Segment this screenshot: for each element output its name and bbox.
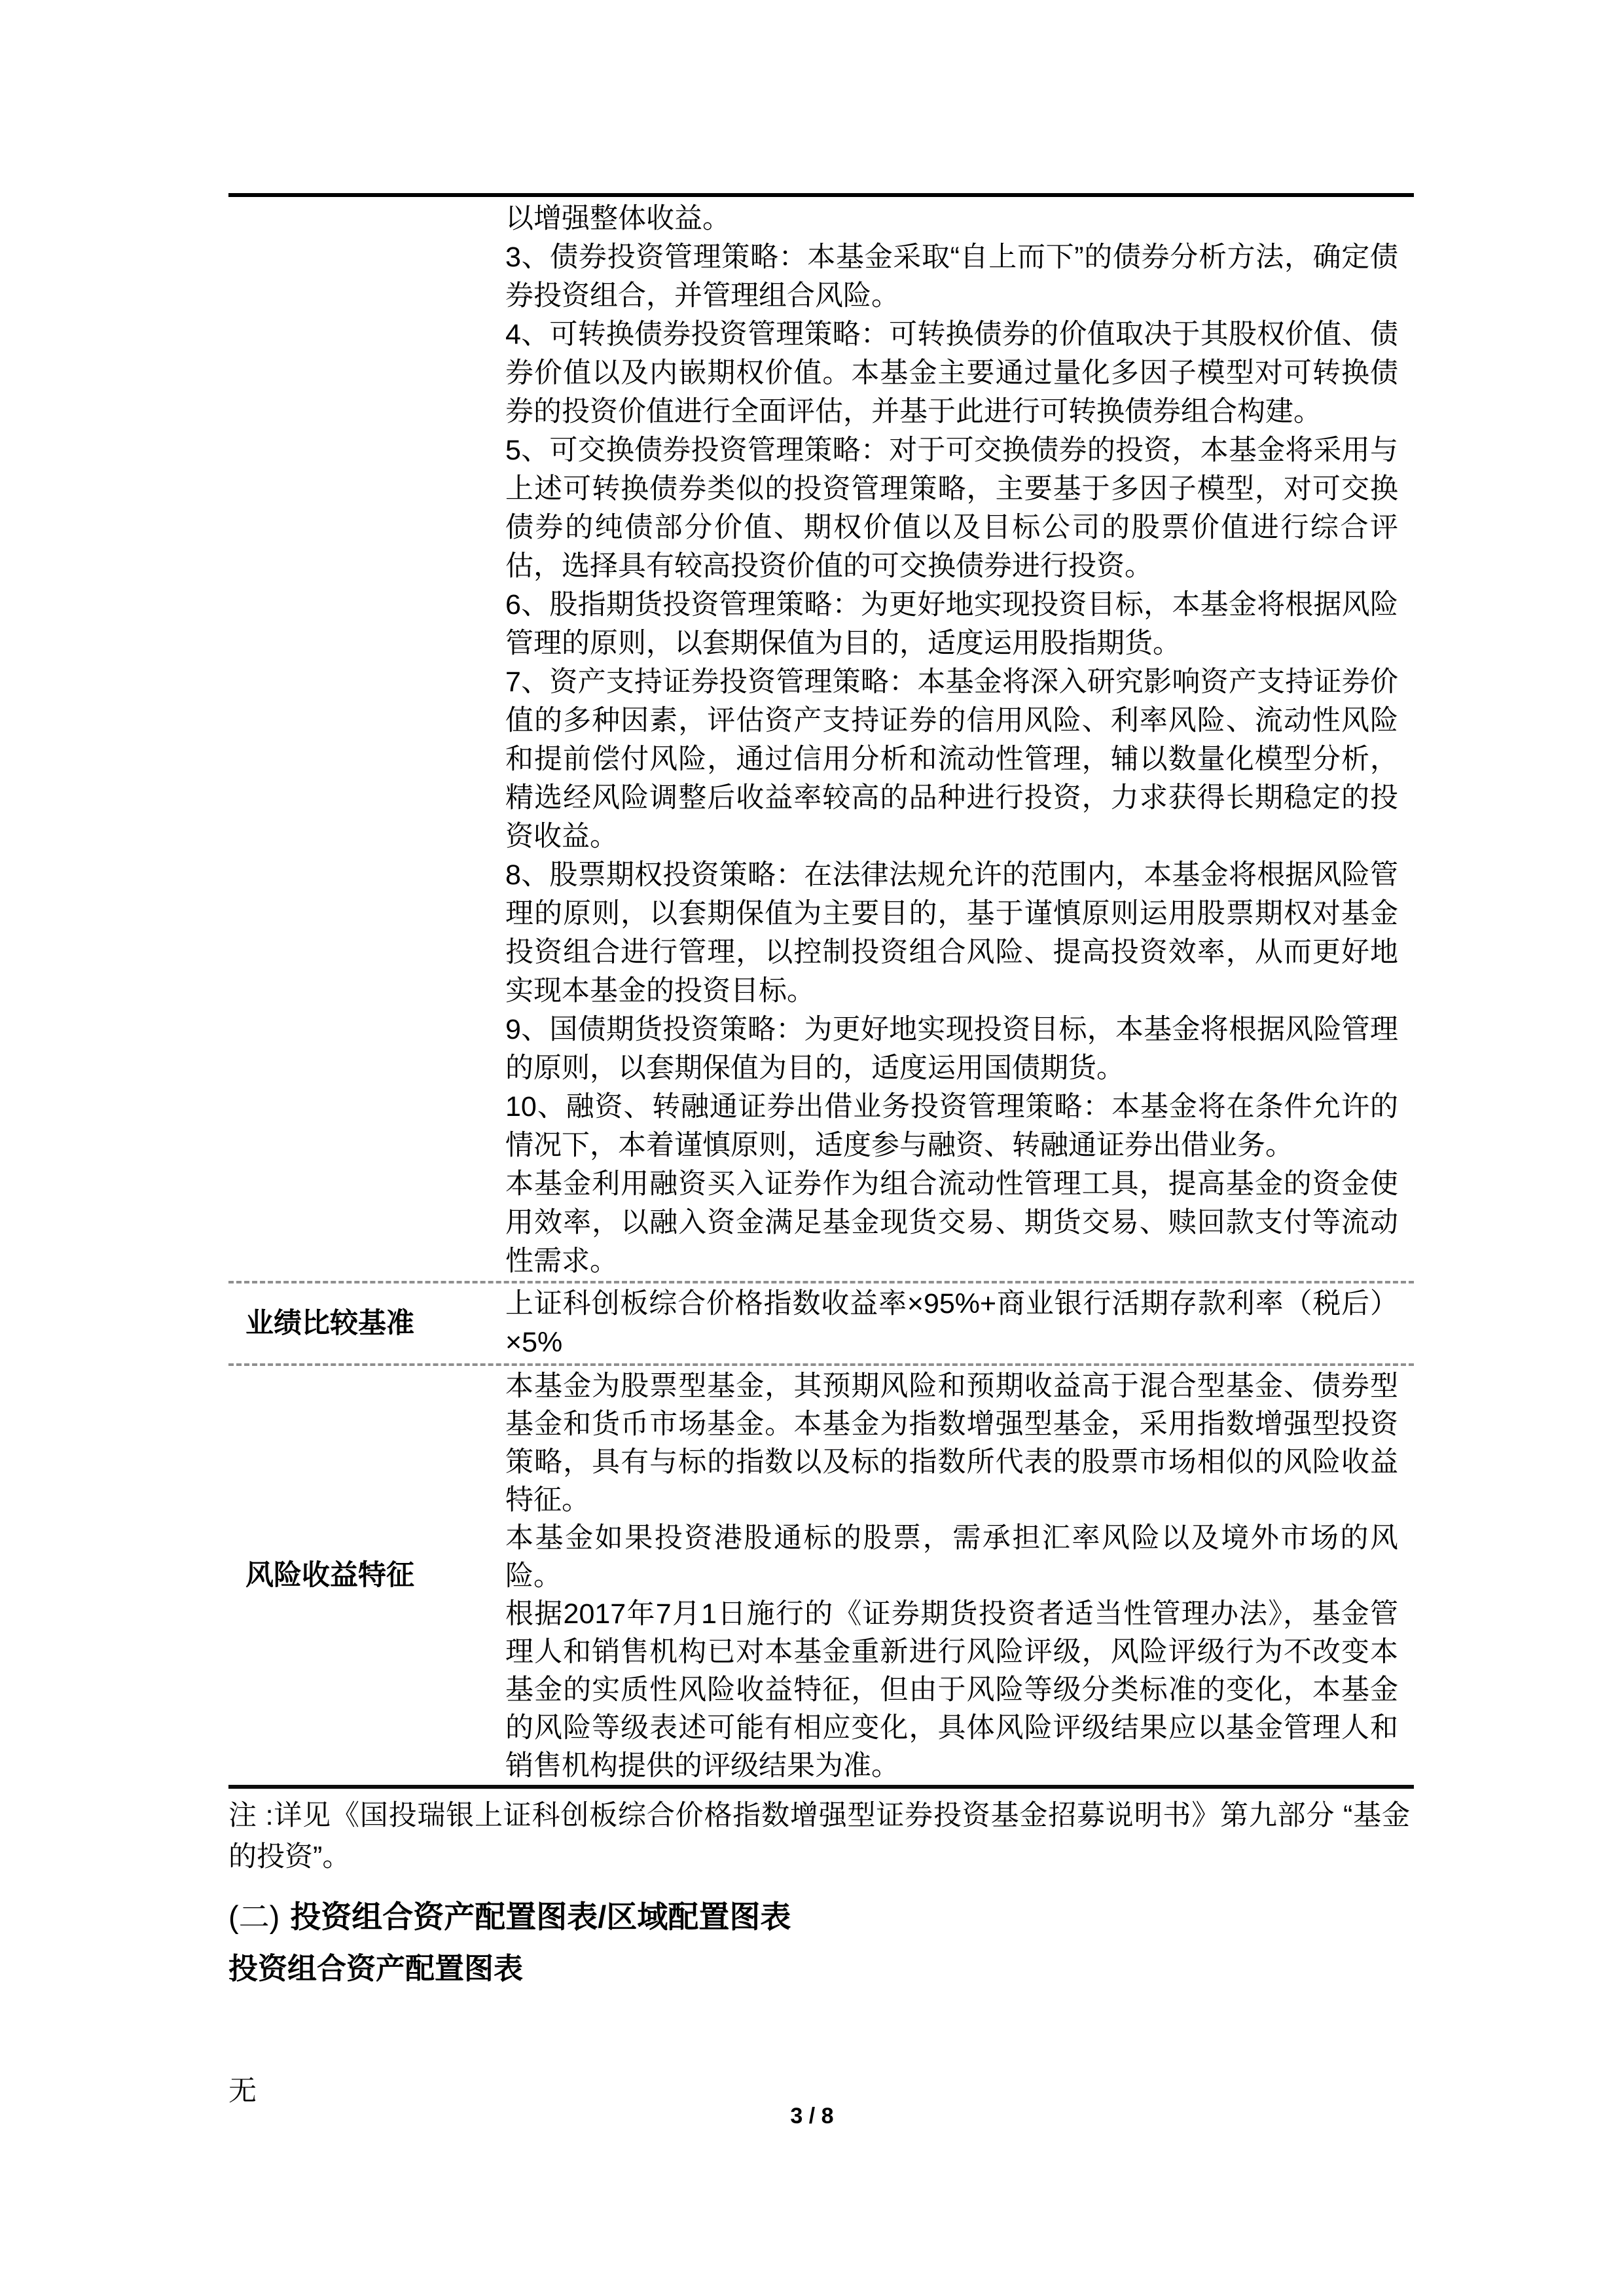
row-label-risk-return: 风险收益特征 — [228, 1366, 497, 1785]
table-row-risk-return: 风险收益特征 本基金为股票型基金，其预期风险和预期收益高于混合型基金、债券型基金… — [228, 1363, 1414, 1785]
paragraph: 8、股票期权投资策略：在法律法规允许的范围内，本基金将根据风险管理的原则，以套期… — [505, 856, 1398, 1011]
table-row-benchmark: 业绩比较基准 上证科创板综合价格指数收益率×95%+商业银行活期存款利率（税后）… — [228, 1281, 1414, 1363]
row-label-benchmark: 业绩比较基准 — [228, 1283, 497, 1363]
paragraph: 3、债券投资管理策略：本基金采取“自上而下”的债券分析方法，确定债券投资组合，并… — [505, 238, 1398, 315]
paragraph: 根据2017年7月1日施行的《证券期货投资者适当性管理办法》，基金管理人和销售机… — [505, 1595, 1398, 1785]
paragraph: 9、国债期货投资策略：为更好地实现投资目标，本基金将根据风险管理的原则，以套期保… — [505, 1011, 1398, 1088]
row-content-risk-return: 本基金为股票型基金，其预期风险和预期收益高于混合型基金、债券型基金和货币市场基金… — [497, 1366, 1414, 1785]
paragraph: 以增强整体收益。 — [505, 200, 1398, 238]
table-row-investment-strategy: 以增强整体收益。3、债券投资管理策略：本基金采取“自上而下”的债券分析方法，确定… — [228, 197, 1414, 1281]
row-label-strategy — [228, 197, 497, 1281]
document-page: 以增强整体收益。3、债券投资管理策略：本基金采取“自上而下”的债券分析方法，确定… — [0, 0, 1624, 2296]
subsection-heading: 投资组合资产配置图表 — [228, 1950, 1414, 1988]
paragraph: 本基金如果投资港股通标的股票，需承担汇率风险以及境外市场的风险。 — [505, 1519, 1398, 1595]
paragraph: 上证科创板综合价格指数收益率×95%+商业银行活期存款利率（税后）×5% — [505, 1285, 1398, 1362]
paragraph: 7、资产支持证券投资管理策略：本基金将深入研究影响资产支持证券价值的多种因素，评… — [505, 663, 1398, 856]
fund-summary-table: 以增强整体收益。3、债券投资管理策略：本基金采取“自上而下”的债券分析方法，确定… — [228, 193, 1414, 1789]
paragraph: 6、股指期货投资管理策略：为更好地实现投资目标，本基金将根据风险管理的原则，以套… — [505, 586, 1398, 663]
note-text: 注 :详见《国投瑞银上证科创板综合价格指数增强型证券投资基金招募说明书》第九部分… — [228, 1795, 1414, 1878]
paragraph: 5、可交换债券投资管理策略：对于可交换债券的投资，本基金将采用与上述可转换债券类… — [505, 431, 1398, 586]
page-number: 3 / 8 — [0, 2098, 1624, 2134]
row-content-strategy: 以增强整体收益。3、债券投资管理策略：本基金采取“自上而下”的债券分析方法，确定… — [497, 197, 1414, 1281]
paragraph: 4、可转换债券投资管理策略：可转换债券的价值取决于其股权价值、债券价值以及内嵌期… — [505, 315, 1398, 431]
section-heading-number: (二) — [228, 1899, 280, 1934]
paragraph: 本基金利用融资买入证券作为组合流动性管理工具，提高基金的资金使用效率，以融入资金… — [505, 1165, 1398, 1281]
section-heading: (二)投资组合资产配置图表/区域配置图表 — [228, 1897, 1414, 1937]
row-content-benchmark: 上证科创板综合价格指数收益率×95%+商业银行活期存款利率（税后）×5% — [497, 1283, 1414, 1363]
paragraph: 10、融资、转融通证券出借业务投资管理策略：本基金将在条件允许的情况下，本着谨慎… — [505, 1088, 1398, 1165]
paragraph: 本基金为股票型基金，其预期风险和预期收益高于混合型基金、债券型基金和货币市场基金… — [505, 1367, 1398, 1519]
section-heading-title: 投资组合资产配置图表/区域配置图表 — [290, 1899, 791, 1934]
document-content: 以增强整体收益。3、债券投资管理策略：本基金采取“自上而下”的债券分析方法，确定… — [228, 193, 1414, 2109]
